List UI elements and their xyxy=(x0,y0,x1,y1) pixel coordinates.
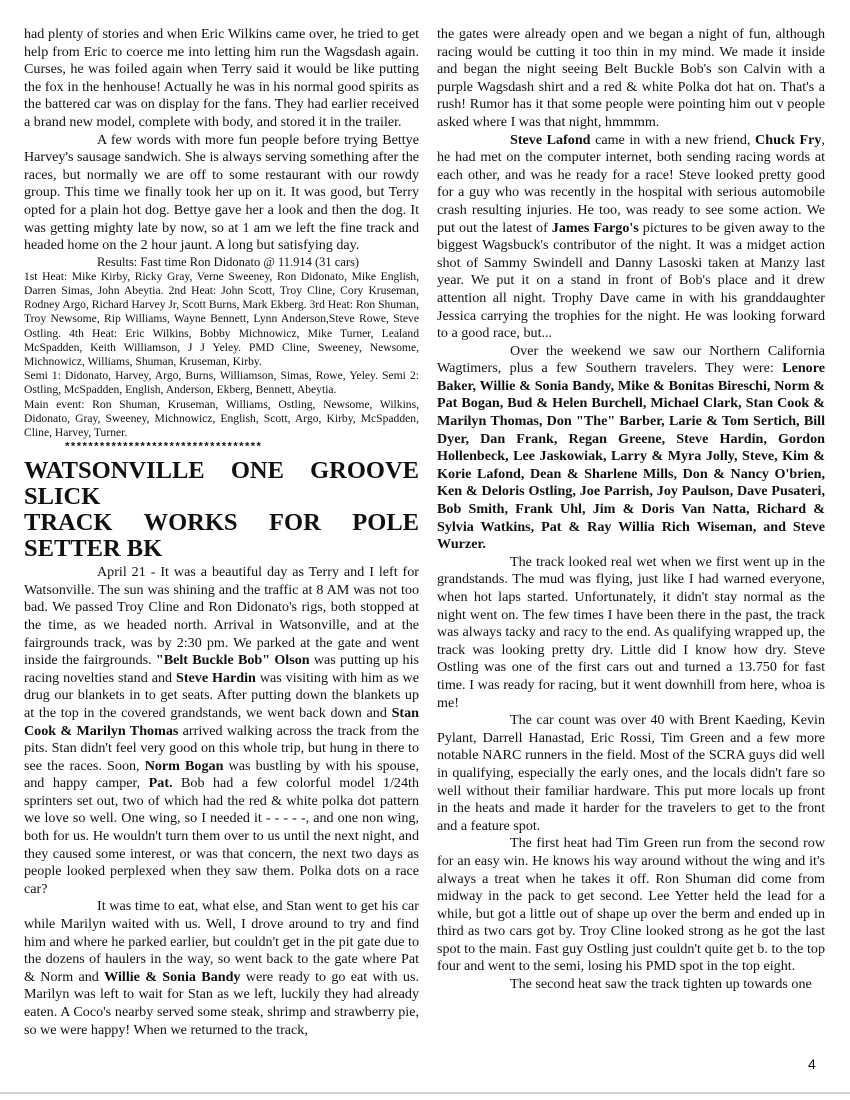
bold-name: Steve Lafond xyxy=(510,132,591,148)
bold-name: Chuck Fry xyxy=(755,132,821,148)
race-results: Results: Fast time Ron Didonato @ 11.914… xyxy=(24,255,419,440)
bold-name: Norm Bogan xyxy=(145,758,224,774)
paragraph-bettye-harvey: A few words with more fun people before … xyxy=(24,132,419,255)
paragraph-car-count: The car count was over 40 with Brent Kae… xyxy=(437,712,825,835)
asterisk-separator: ********************************** xyxy=(24,440,419,456)
bold-name: Steve Hardin xyxy=(176,670,256,686)
text-run: pictures to be given away to the biggest… xyxy=(437,220,825,342)
paragraph-second-heat: The second heat saw the track tighten up… xyxy=(437,976,825,994)
bold-name: Pat. xyxy=(149,775,173,791)
bold-name: "Belt Buckle Bob" Olson xyxy=(156,652,310,668)
paragraph-track-wet: The track looked real wet when we first … xyxy=(437,554,825,712)
paragraph-gates-open: the gates were already open and we began… xyxy=(437,26,825,132)
headline-line-2: TRACK WORKS FOR POLE SETTER BK xyxy=(24,510,419,562)
results-title: Results: Fast time Ron Didonato @ 11.914… xyxy=(24,255,419,270)
results-main-event: Main event: Ron Shuman, Kruseman, Willia… xyxy=(24,398,419,441)
results-heats: 1st Heat: Mike Kirby, Ricky Gray, Verne … xyxy=(24,270,419,369)
text-run: Over the weekend we saw our Northern Cal… xyxy=(437,343,825,377)
bold-name: Willie & Sonia Bandy xyxy=(104,969,240,985)
paragraph-first-heat: The first heat had Tim Green run from th… xyxy=(437,835,825,976)
right-column: the gates were already open and we began… xyxy=(437,26,825,994)
paragraph-time-to-eat: It was time to eat, what else, and Stan … xyxy=(24,898,419,1039)
paragraph-april-21: April 21 - It was a beautiful day as Ter… xyxy=(24,564,419,898)
text-run: Bob had a few colorful model 1/24th spri… xyxy=(24,775,419,897)
paragraph-wagtimers: Over the weekend we saw our Northern Cal… xyxy=(437,343,825,554)
left-column: had plenty of stories and when Eric Wilk… xyxy=(24,26,419,1039)
article-headline: WATSONVILLE ONE GROOVE SLICK TRACK WORKS… xyxy=(24,458,419,562)
scan-edge-divider xyxy=(0,1092,850,1094)
bold-name-list: Lenore Baker, Willie & Sonia Bandy, Mike… xyxy=(437,360,825,552)
page-number: 4 xyxy=(808,1056,816,1072)
results-semis: Semi 1: Didonato, Harvey, Argo, Burns, W… xyxy=(24,369,419,397)
paragraph-steve-lafond: Steve Lafond came in with a new friend, … xyxy=(437,132,825,343)
text-run: came in with a new friend, xyxy=(591,132,756,148)
headline-line-1: WATSONVILLE ONE GROOVE SLICK xyxy=(24,458,419,510)
paragraph-wagsdash-story: had plenty of stories and when Eric Wilk… xyxy=(24,26,419,132)
bold-name: James Fargo's xyxy=(552,220,639,236)
